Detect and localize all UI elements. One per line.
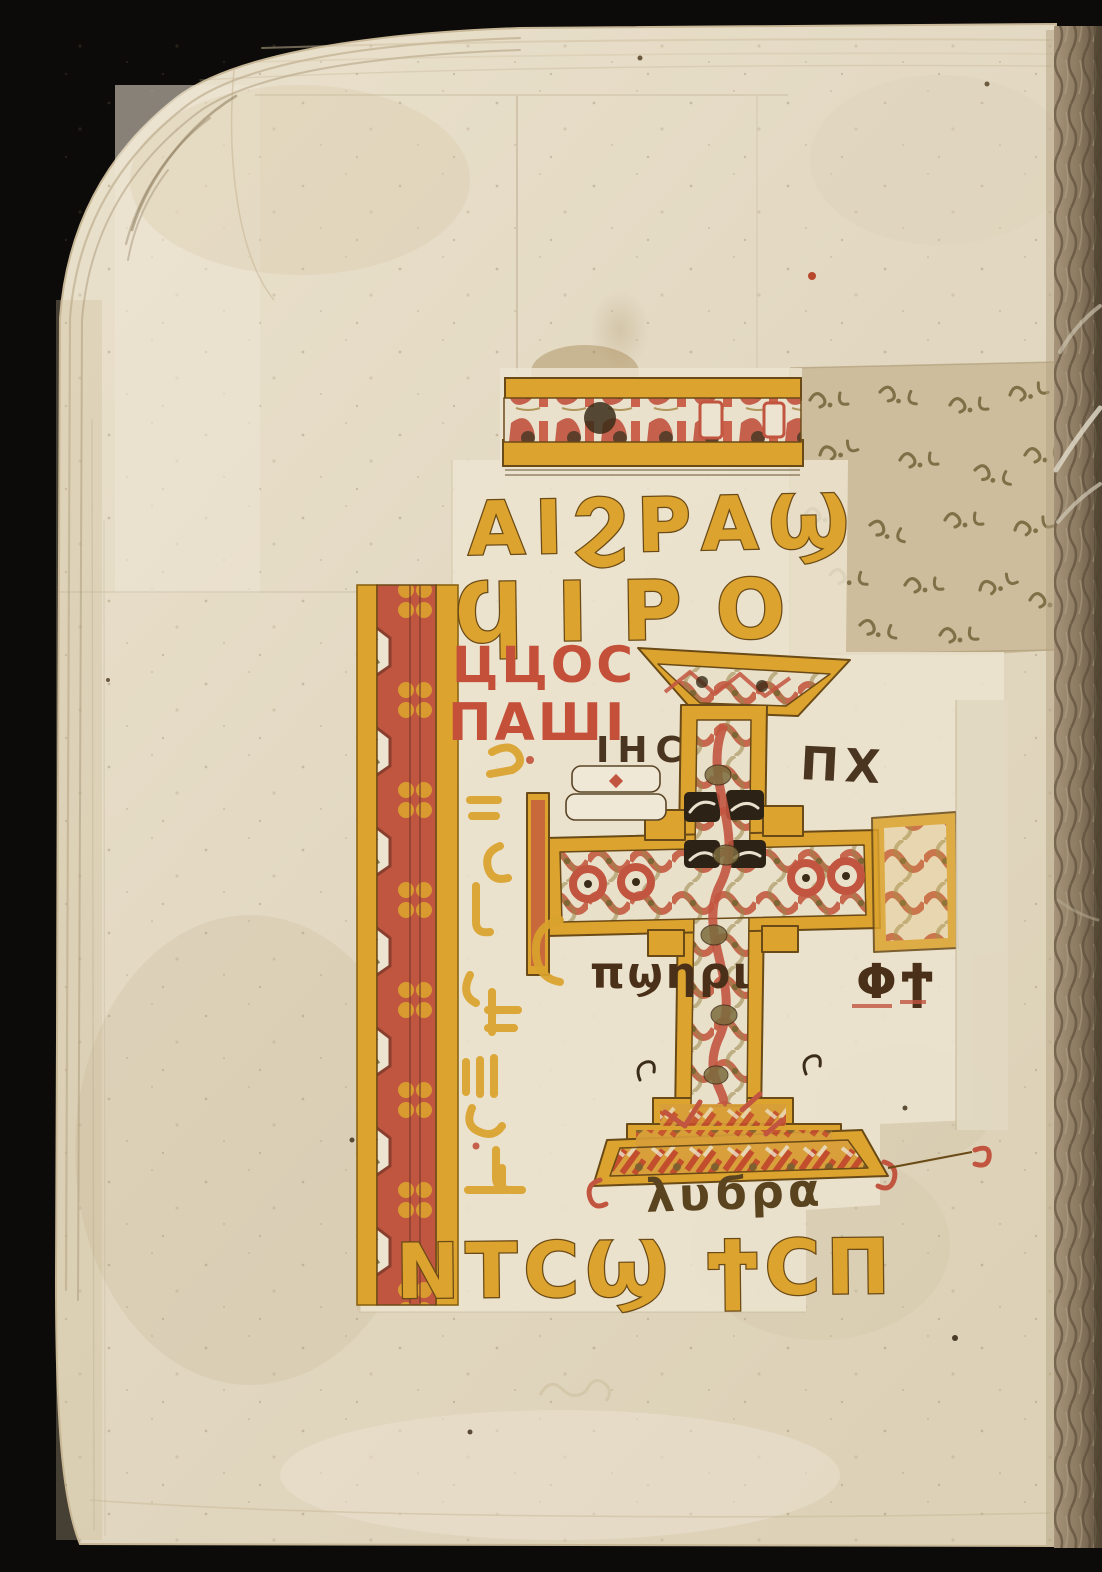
base-caption: λυϭρα xyxy=(645,1163,824,1223)
red-text-line1: ЦЦОС xyxy=(452,636,636,694)
manuscript-scene: Photograph of a medieval manuscript code… xyxy=(0,0,1102,1572)
gold-display-line1: ΑΙϨΡΑϢ xyxy=(467,479,860,573)
nomen-sacrum-ihc: ΙΗϹ xyxy=(596,730,690,771)
knotwork-border-strip xyxy=(357,585,458,1305)
interlace-head-band xyxy=(503,378,803,475)
manuscript-photo: Photograph of a medieval manuscript code… xyxy=(0,0,1102,1572)
gold-bottom-line: ΝΤϹϢ ϮϹΠ xyxy=(395,1222,896,1316)
nomen-sacrum-px: ΠΧ xyxy=(799,736,888,794)
book-spine xyxy=(1046,26,1102,1548)
label-psheri: πϣηρι xyxy=(590,948,752,999)
overlapping-parchment xyxy=(956,700,1008,1130)
